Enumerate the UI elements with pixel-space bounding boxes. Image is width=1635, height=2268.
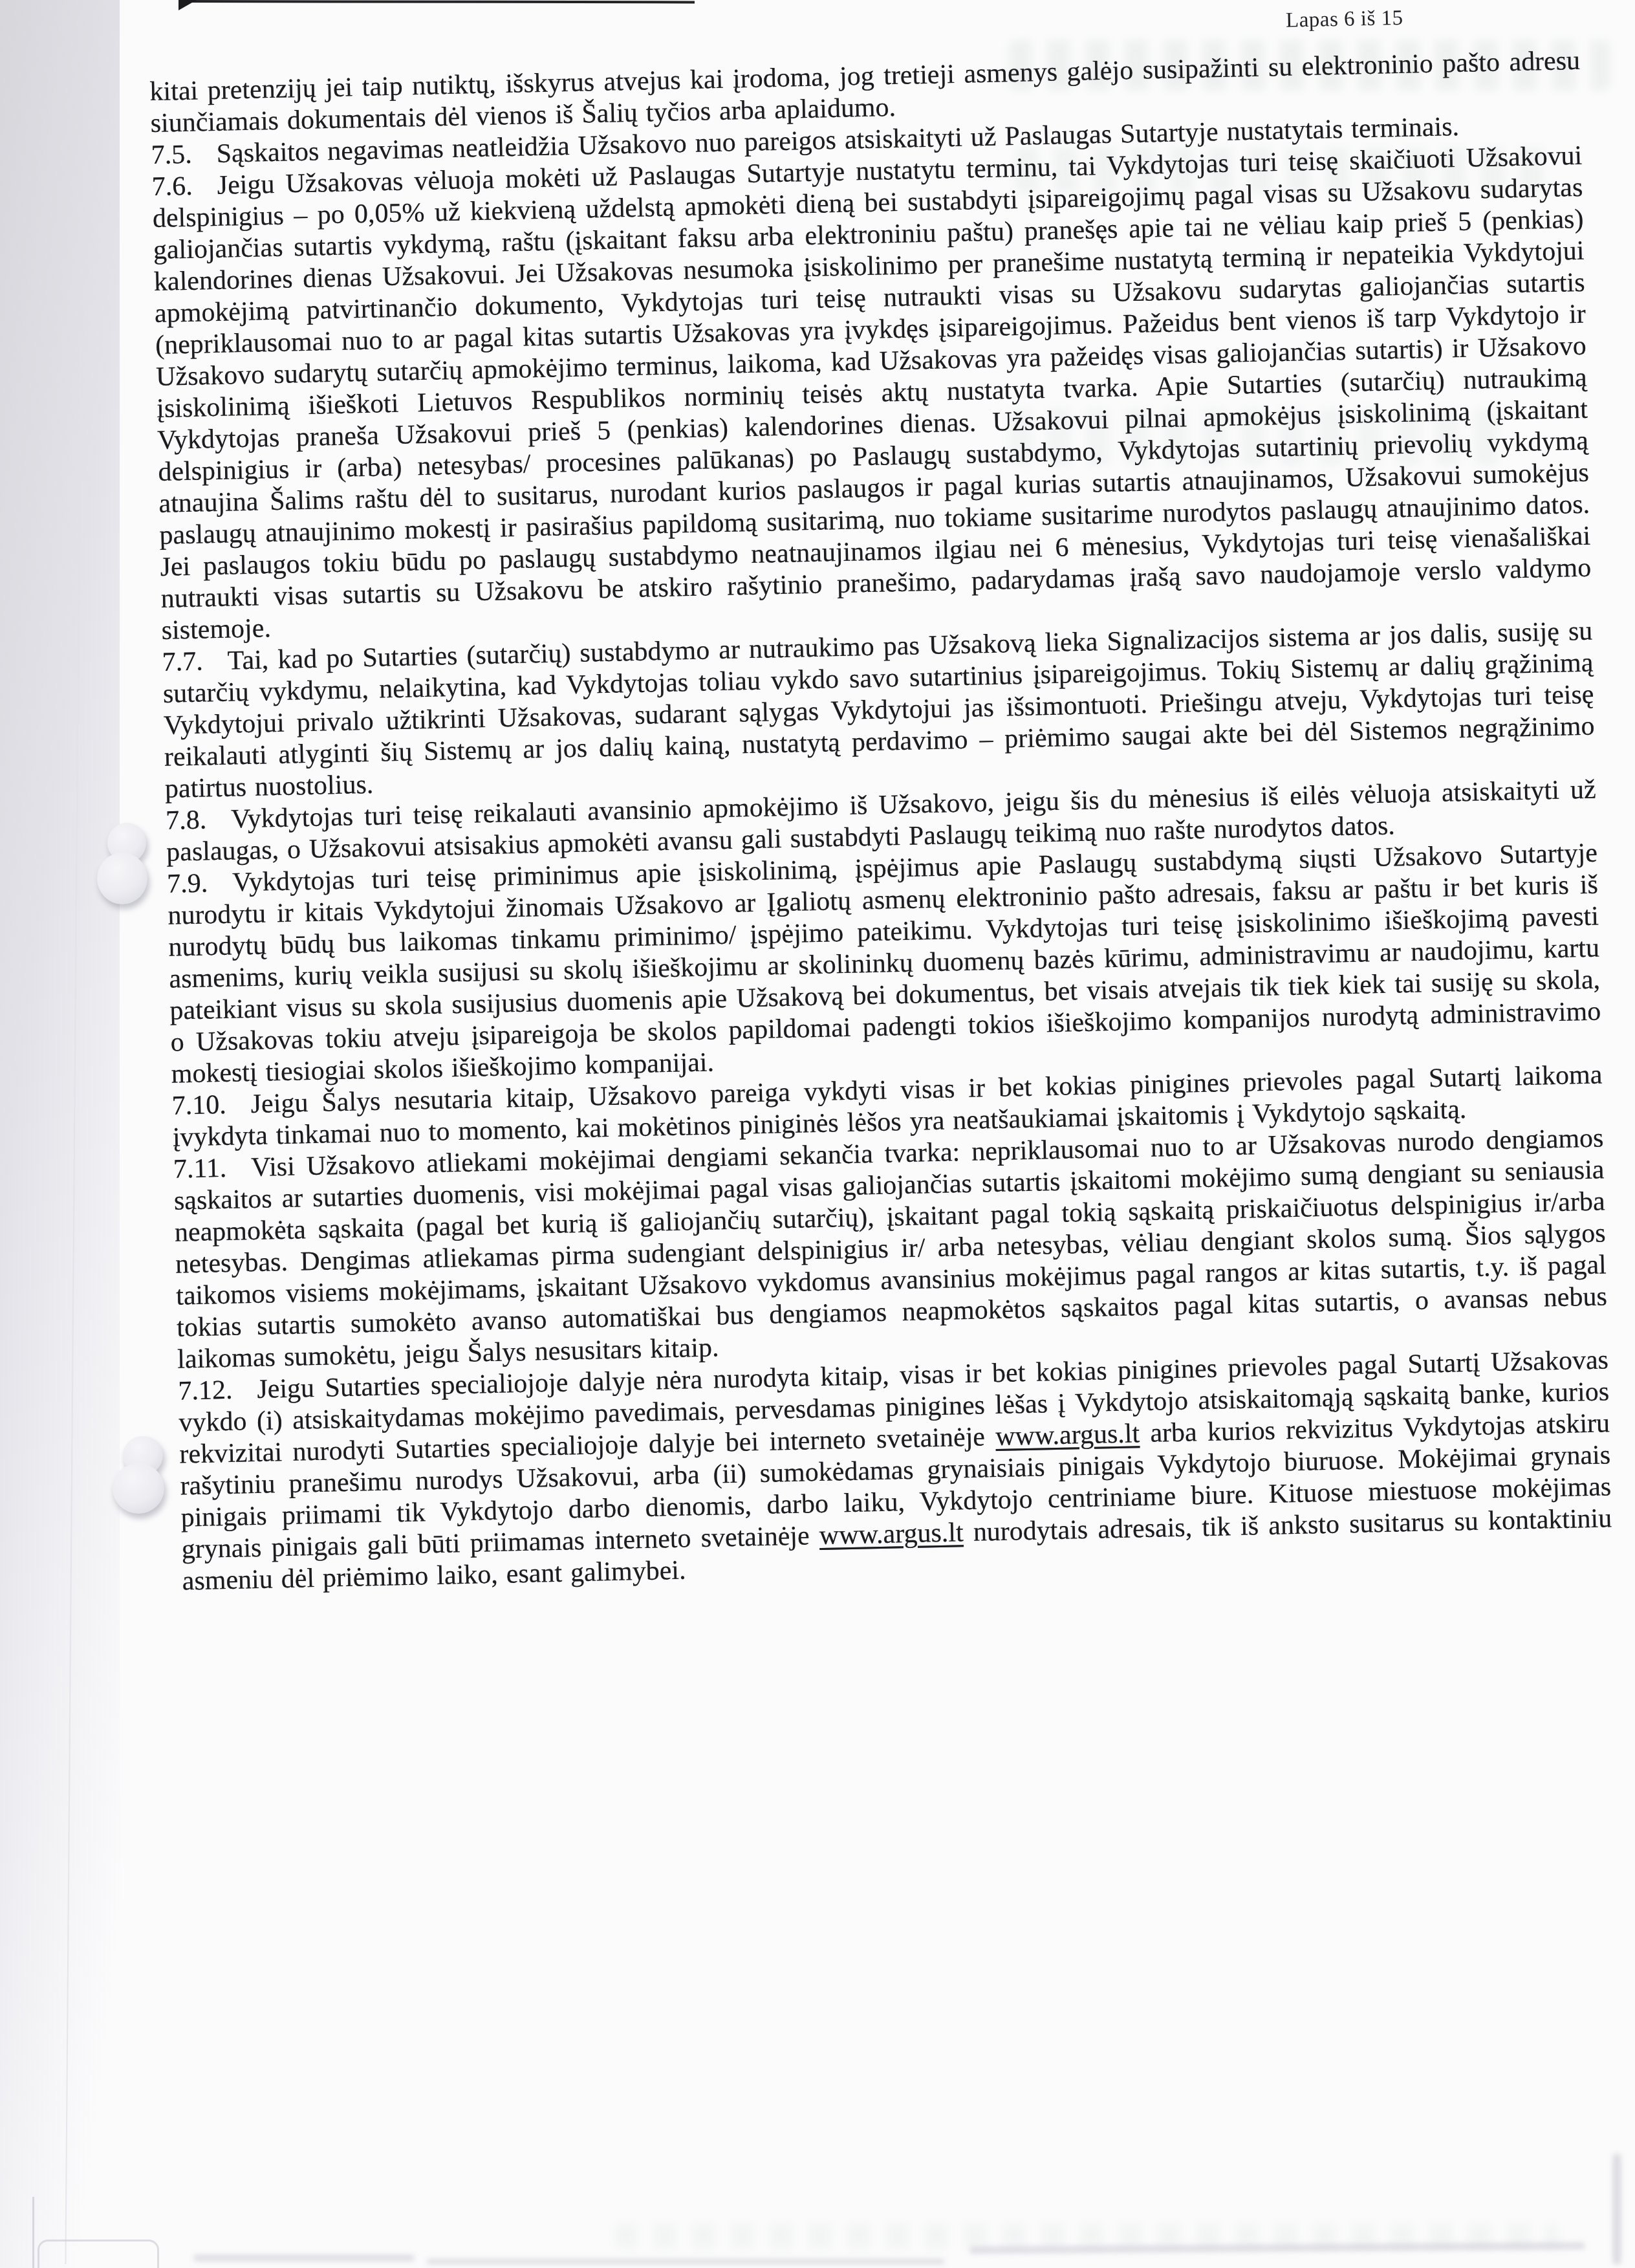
- scan-corner-artifact: [179, 0, 197, 10]
- scanner-background: [0, 0, 120, 2268]
- clause-text-with-links: Jeigu Sutarties specialiojoje dalyje nėr…: [179, 1345, 1612, 1596]
- correction-fluid-blob: [111, 1436, 168, 1514]
- clause-text: Tai, kad po Sutarties (sutarčių) sustabd…: [162, 616, 1595, 804]
- page-number-label: Lapas 6 iš 15: [1286, 6, 1403, 33]
- correction-fluid-blob: [97, 823, 153, 904]
- scan-bottom-smudge: [427, 2259, 944, 2264]
- clause-number: 7.6.: [151, 171, 217, 202]
- clause-number: 7.9.: [167, 868, 233, 899]
- clause-text: Vykdytojas turi teisę priminimus apie įs…: [168, 838, 1601, 1089]
- clause-text: Visi Užsakovo atliekami mokėjimai dengia…: [173, 1123, 1607, 1374]
- document-page: Lapas 6 iš 15 kitai pretenzijų jei taip …: [149, 22, 1613, 1598]
- clause-7-7: 7.7.Tai, kad po Sutarties (sutarčių) sus…: [162, 616, 1596, 805]
- clause-number: 7.7.: [162, 646, 228, 677]
- clause-number: 7.5.: [151, 139, 217, 170]
- clause-number: 7.8.: [166, 805, 232, 836]
- website-link-text: www.argus.lt: [995, 1419, 1140, 1452]
- website-link-text: www.argus.lt: [819, 1518, 964, 1551]
- clause-number: 7.10.: [171, 1089, 251, 1121]
- clause-7-9: 7.9.Vykdytojas turi teisę priminimus api…: [167, 838, 1602, 1091]
- scan-right-smudge: [1613, 2154, 1621, 2264]
- scan-bottom-smudge: [194, 2255, 414, 2261]
- clause-7-6: 7.6.Jeigu Užsakovas vėluoja mokėti už Pa…: [151, 140, 1592, 647]
- stamp-edge-artifact: [38, 2240, 159, 2268]
- contract-text-block: kitai pretenzijų jei taip nutiktų, išsky…: [149, 45, 1613, 1598]
- scan-top-edge-artifact: [184, 0, 695, 3]
- clause-text: Jeigu Užsakovas vėluoja mokėti už Paslau…: [152, 141, 1591, 646]
- clause-7-11: 7.11.Visi Užsakovo atliekami mokėjimai d…: [173, 1122, 1608, 1375]
- clause-7-12: 7.12.Jeigu Sutarties specialiojoje dalyj…: [178, 1344, 1613, 1597]
- clause-number: 7.11.: [173, 1153, 251, 1184]
- clause-number: 7.12.: [178, 1375, 257, 1406]
- scan-line-artifact: [32, 2197, 34, 2268]
